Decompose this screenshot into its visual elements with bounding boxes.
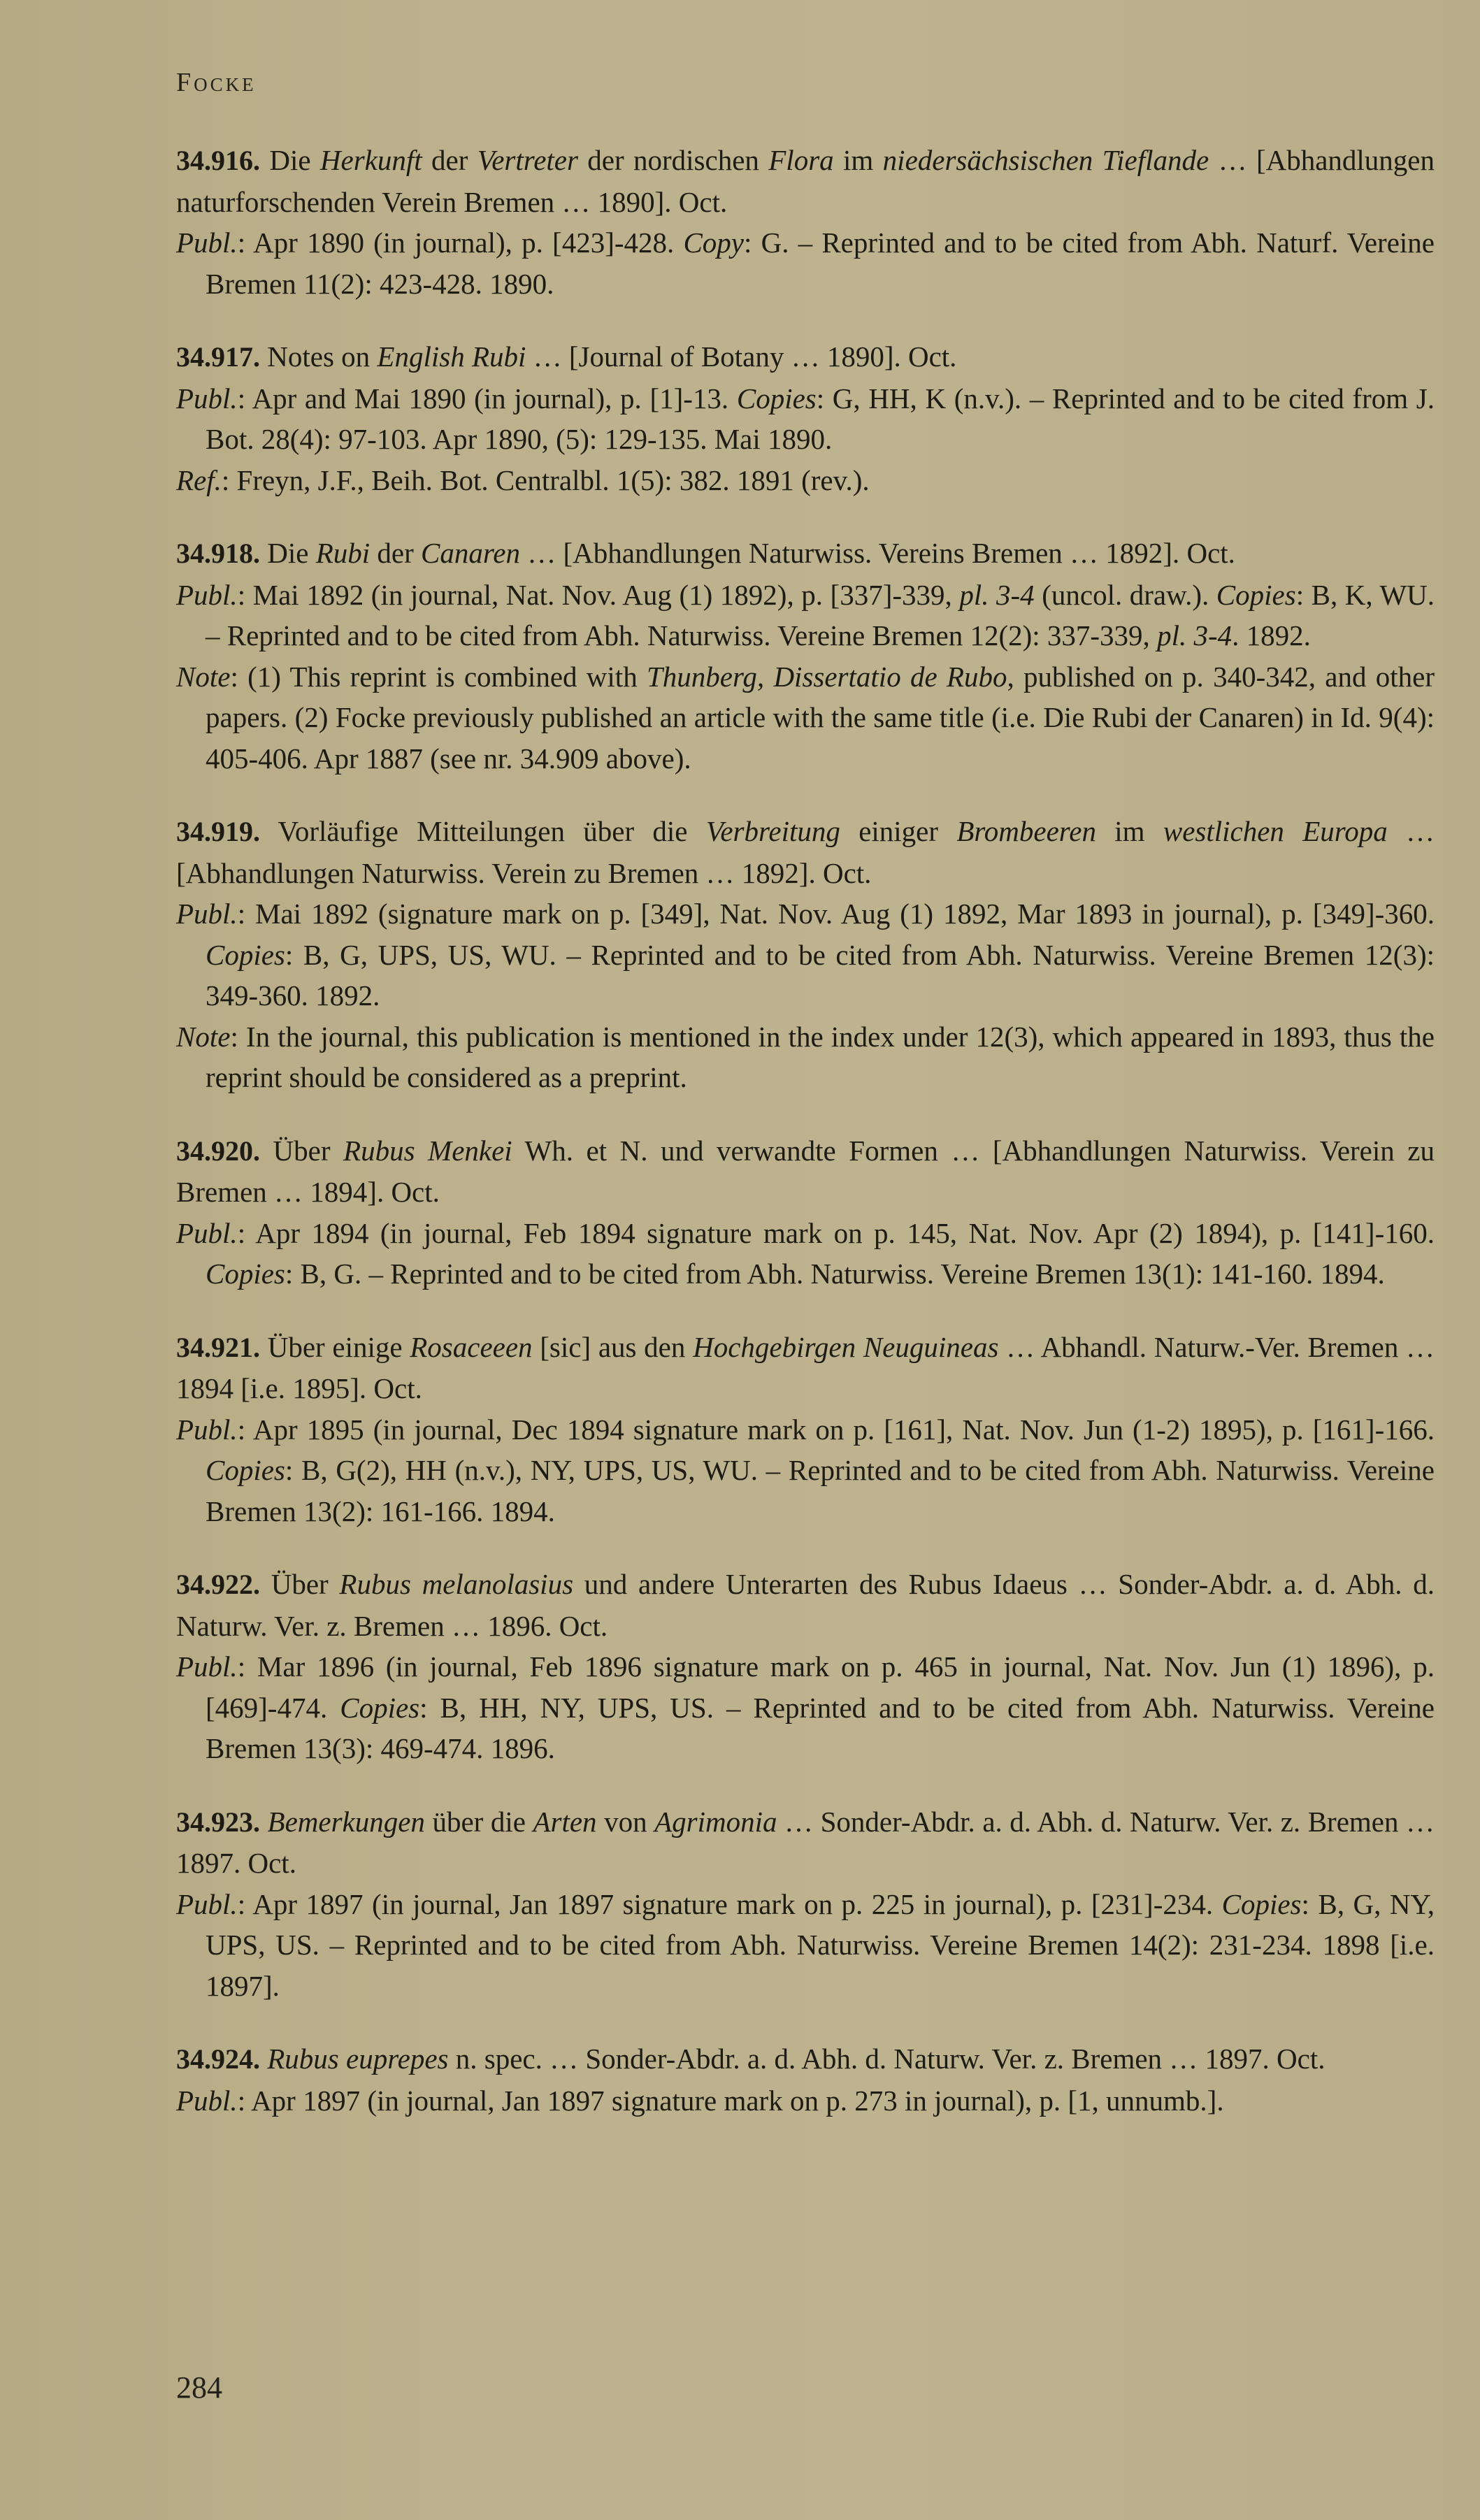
entry-field-publ: Publ.: Mai 1892 (in journal, Nat. Nov. A… xyxy=(176,575,1435,656)
title-segment xyxy=(260,2043,267,2075)
entry-number: 34.923. xyxy=(176,1806,260,1838)
field-segment: Copies xyxy=(206,1258,285,1290)
title-segment: … [Journal of Botany … 1890]. Oct. xyxy=(526,340,956,373)
title-segment: Über xyxy=(260,1568,339,1600)
bibliography-entry: 34.918. Die Rubi der Canaren … [Abhandlu… xyxy=(176,533,1435,779)
field-label: Publ. xyxy=(176,1413,238,1446)
field-segment: : Mai 1892 (signature mark on p. [349], … xyxy=(238,898,1435,930)
entry-number: 34.917. xyxy=(176,341,260,373)
title-segment: niedersächsischen Tieflande xyxy=(883,144,1209,176)
field-label: Publ. xyxy=(176,1888,238,1920)
entry-field-publ: Publ.: Apr and Mai 1890 (in journal), p.… xyxy=(176,378,1435,460)
title-segment: Notes on xyxy=(260,340,377,373)
title-segment: … [Abhandlungen Naturwiss. Vereins Breme… xyxy=(520,537,1235,569)
field-segment: : Apr 1897 (in journal, Jan 1897 signatu… xyxy=(238,1888,1222,1920)
entry-field-publ: Publ.: Apr 1897 (in journal, Jan 1897 si… xyxy=(176,2080,1435,2122)
title-segment: einiger xyxy=(840,815,956,847)
title-segment: Brombeeren xyxy=(956,815,1096,847)
entry-number: 34.920. xyxy=(176,1135,260,1167)
entry-field-note: Note: (1) This reprint is combined with … xyxy=(176,656,1435,779)
field-segment: Copy xyxy=(683,226,744,259)
field-segment: Copies xyxy=(737,382,817,415)
title-segment: von xyxy=(597,1806,655,1838)
title-segment: im xyxy=(834,144,883,176)
field-segment: : Freyn, J.F., Beih. Bot. Centralbl. 1(5… xyxy=(222,464,870,496)
entry-field-publ: Publ.: Mai 1892 (signature mark on p. [3… xyxy=(176,893,1435,1016)
field-label: Publ. xyxy=(176,898,238,930)
entry-title: 34.922. Über Rubus melanolasius und ande… xyxy=(176,1564,1435,1646)
entry-number: 34.924. xyxy=(176,2043,260,2075)
title-segment: der nordischen xyxy=(578,144,768,176)
field-segment: : In the journal, this publication is me… xyxy=(206,1021,1435,1094)
running-head: Focke xyxy=(176,67,257,98)
entry-title: 34.917. Notes on English Rubi … [Journal… xyxy=(176,336,1435,378)
entry-field-ref: Ref.: Freyn, J.F., Beih. Bot. Centralbl.… xyxy=(176,460,1435,501)
title-segment: westlichen Europa xyxy=(1163,815,1388,847)
entry-title: 34.923. Bemerkungen über die Arten von A… xyxy=(176,1801,1435,1884)
title-segment: Hochgebirgen Neuguineas xyxy=(693,1331,998,1363)
title-segment: Verbreitung xyxy=(706,815,840,847)
field-label: Publ. xyxy=(176,226,238,259)
field-segment: . 1892. xyxy=(1232,619,1311,651)
title-segment: Rubi xyxy=(316,537,370,569)
field-label: Publ. xyxy=(176,579,238,611)
entry-field-publ: Publ.: Apr 1897 (in journal, Jan 1897 si… xyxy=(176,1884,1435,2007)
field-label: Publ. xyxy=(176,1650,238,1683)
field-segment: : B, G, UPS, US, WU. – Reprinted and to … xyxy=(206,939,1435,1012)
field-segment: : Apr 1894 (in journal, Feb 1894 signatu… xyxy=(238,1217,1435,1249)
bibliography-entry: 34.917. Notes on English Rubi … [Journal… xyxy=(176,336,1435,501)
title-segment: Herkunft xyxy=(320,144,422,176)
title-segment: n. spec. … Sonder-Abdr. a. d. Abh. d. Na… xyxy=(448,2043,1325,2075)
title-segment: [sic] aus den xyxy=(533,1331,694,1363)
entry-title: 34.920. Über Rubus Menkei Wh. et N. und … xyxy=(176,1130,1435,1213)
field-label: Note xyxy=(176,1021,230,1053)
field-label: Publ. xyxy=(176,1217,238,1249)
title-segment: Über einige xyxy=(260,1331,410,1363)
entry-number: 34.916. xyxy=(176,145,260,176)
entry-number: 34.918. xyxy=(176,538,260,569)
field-segment: Thunberg, Dissertatio de Rubo xyxy=(647,661,1007,693)
title-segment: Rubus euprepes xyxy=(267,2043,448,2075)
title-segment: Bemerkungen xyxy=(268,1806,425,1838)
title-segment: Die xyxy=(260,144,320,176)
field-segment: Copies xyxy=(340,1692,419,1724)
title-segment: Vertreter xyxy=(477,144,578,176)
title-segment: Agrimonia xyxy=(654,1806,777,1838)
field-segment: : B, G(2), HH (n.v.), NY, UPS, US, WU. –… xyxy=(206,1454,1435,1527)
entry-field-publ: Publ.: Mar 1896 (in journal, Feb 1896 si… xyxy=(176,1646,1435,1769)
field-segment: : Apr 1890 (in journal), p. [423]-428. xyxy=(238,226,684,259)
entry-field-publ: Publ.: Apr 1894 (in journal, Feb 1894 si… xyxy=(176,1213,1435,1295)
title-segment: über die xyxy=(425,1806,533,1838)
field-segment: : Apr 1895 (in journal, Dec 1894 signatu… xyxy=(238,1413,1435,1446)
bibliography-entry: 34.921. Über einige Rosaceeen [sic] aus … xyxy=(176,1327,1435,1532)
field-label: Publ. xyxy=(176,382,238,415)
title-segment: Die xyxy=(260,537,316,569)
field-segment: : Apr 1897 (in journal, Jan 1897 signatu… xyxy=(238,2085,1224,2117)
entry-number: 34.922. xyxy=(176,1569,260,1600)
title-segment xyxy=(260,1806,268,1838)
title-segment: Über xyxy=(260,1135,343,1167)
bibliography-entry: 34.923. Bemerkungen über die Arten von A… xyxy=(176,1801,1435,2007)
field-label: Publ. xyxy=(176,2085,238,2117)
field-segment: pl. 3-4 xyxy=(1157,619,1232,651)
title-segment: im xyxy=(1096,815,1163,847)
title-segment: Flora xyxy=(768,144,833,176)
title-segment: Rubus Menkei xyxy=(343,1135,512,1167)
title-segment: Arten xyxy=(533,1806,596,1838)
title-segment: Rubus melanolasius xyxy=(339,1568,573,1600)
field-segment: Copies xyxy=(1216,579,1296,611)
bibliography-entry: 34.919. Vorläufige Mitteilungen über die… xyxy=(176,811,1435,1098)
entry-field-note: Note: In the journal, this publication i… xyxy=(176,1016,1435,1098)
entry-title: 34.919. Vorläufige Mitteilungen über die… xyxy=(176,811,1435,893)
page-number: 284 xyxy=(176,2370,222,2405)
entry-field-publ: Publ.: Apr 1895 (in journal, Dec 1894 si… xyxy=(176,1409,1435,1532)
bibliography-entry: 34.920. Über Rubus Menkei Wh. et N. und … xyxy=(176,1130,1435,1295)
entry-number: 34.921. xyxy=(176,1332,260,1363)
field-label: Ref. xyxy=(176,464,222,496)
entry-number: 34.919. xyxy=(176,816,260,847)
field-segment: (uncol. draw.). xyxy=(1035,579,1216,611)
bibliography-entry: 34.922. Über Rubus melanolasius und ande… xyxy=(176,1564,1435,1769)
entry-title: 34.921. Über einige Rosaceeen [sic] aus … xyxy=(176,1327,1435,1409)
field-segment: Copies xyxy=(206,1454,285,1486)
field-segment: Copies xyxy=(1222,1888,1302,1920)
bibliography-entry: 34.916. Die Herkunft der Vertreter der n… xyxy=(176,140,1435,304)
entry-title: 34.924. Rubus euprepes n. spec. … Sonder… xyxy=(176,2038,1435,2080)
title-segment: English Rubi xyxy=(377,340,526,373)
field-segment: : Mai 1892 (in journal, Nat. Nov. Aug (1… xyxy=(238,579,960,611)
title-segment: der xyxy=(370,537,421,569)
bibliography-entries: 34.916. Die Herkunft der Vertreter der n… xyxy=(176,140,1435,2153)
title-segment: Rosaceeen xyxy=(410,1331,532,1363)
title-segment: Canaren xyxy=(421,537,520,569)
bibliography-entry: 34.924. Rubus euprepes n. spec. … Sonder… xyxy=(176,2038,1435,2121)
entry-title: 34.918. Die Rubi der Canaren … [Abhandlu… xyxy=(176,533,1435,575)
title-segment: Vorläufige Mitteilungen über die xyxy=(260,815,706,847)
field-segment: : Apr and Mai 1890 (in journal), p. [1]-… xyxy=(238,382,737,415)
field-segment: : B, G. – Reprinted and to be cited from… xyxy=(285,1258,1385,1290)
entry-title: 34.916. Die Herkunft der Vertreter der n… xyxy=(176,140,1435,222)
field-label: Note xyxy=(176,661,230,693)
field-segment: Copies xyxy=(206,939,285,971)
title-segment: der xyxy=(422,144,477,176)
field-segment: pl. 3-4 xyxy=(959,579,1034,611)
field-segment: : (1) This reprint is combined with xyxy=(230,661,647,693)
entry-field-publ: Publ.: Apr 1890 (in journal), p. [423]-4… xyxy=(176,222,1435,304)
